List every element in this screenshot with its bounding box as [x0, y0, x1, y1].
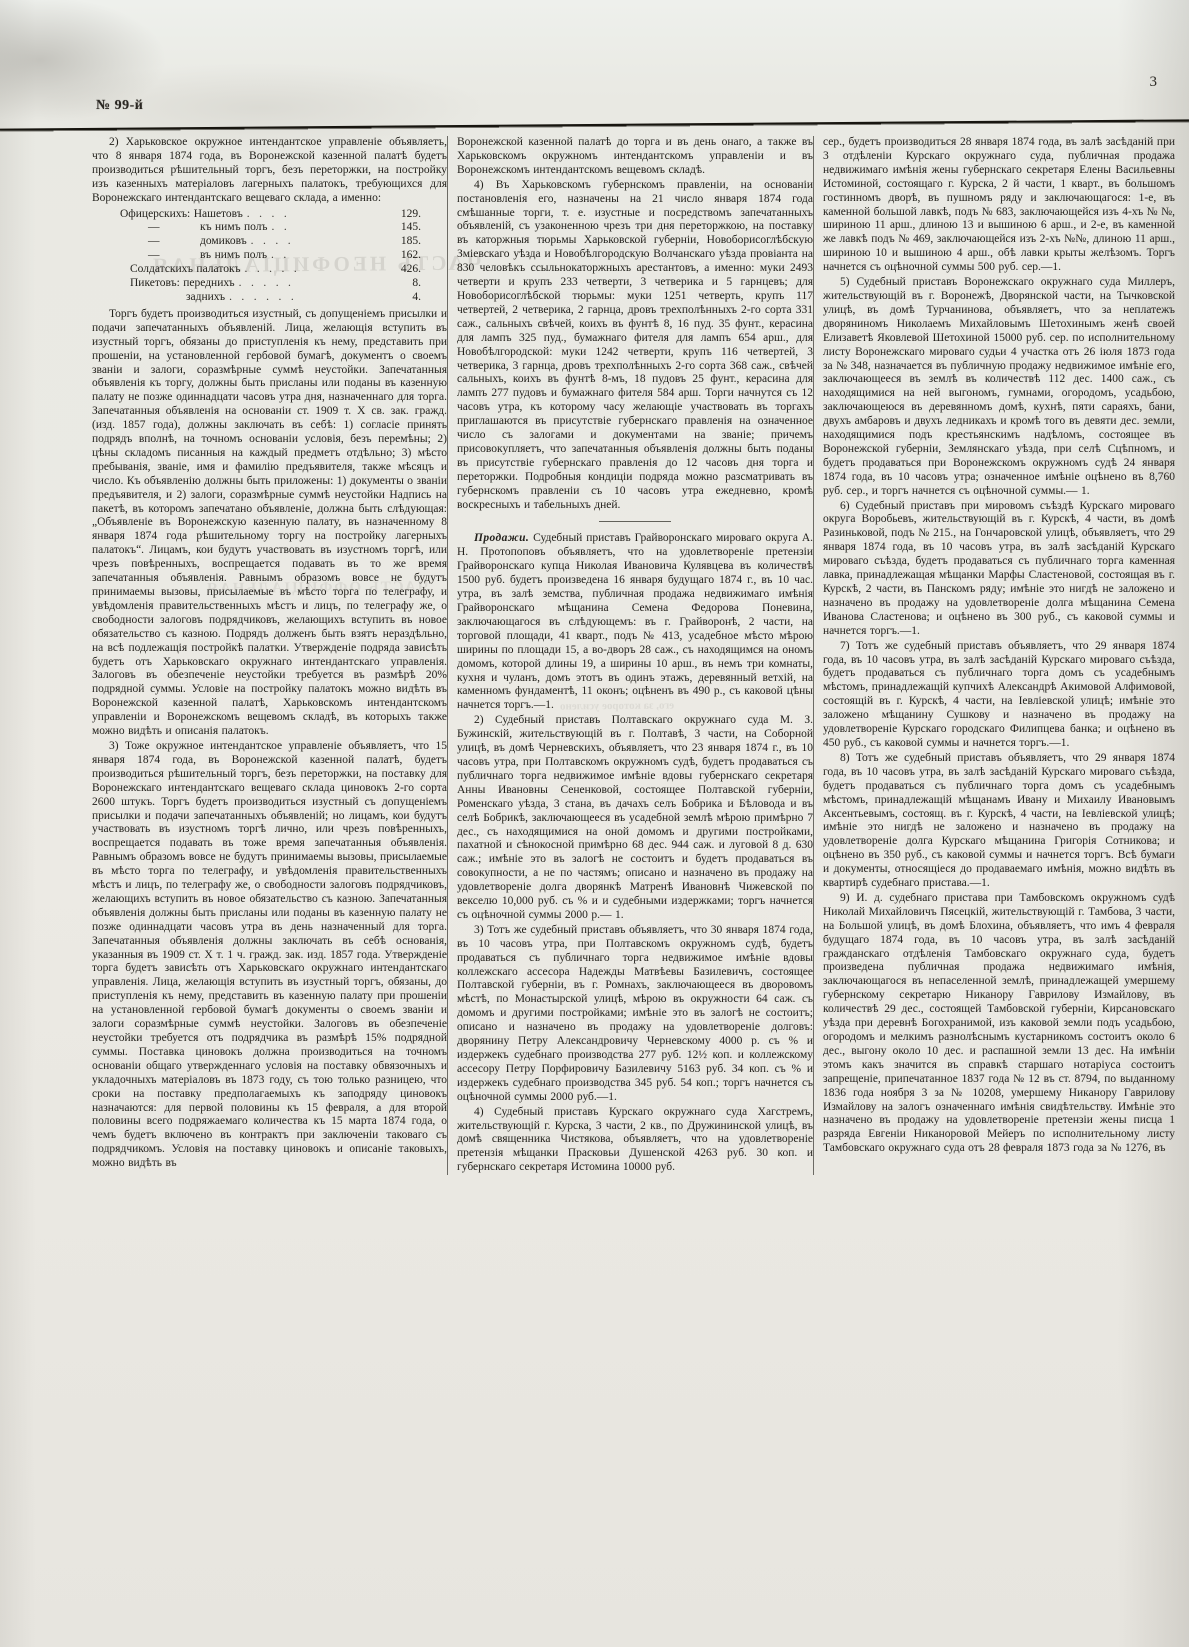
row-label: Пикетовъ: переднихъ: [130, 277, 235, 291]
columns-container: 2) Харьковское окружное интендантское уп…: [92, 136, 1189, 1175]
sales-notice-8: 8) Тотъ же судебный приставъ объявляетъ,…: [823, 752, 1175, 891]
notice-2-terms: Торгъ будетъ производиться изустный, съ …: [92, 308, 447, 739]
sales-notice-1-text: Судебный приставъ Грайворонскаго мироваг…: [457, 532, 813, 711]
sales-notice-5: 5) Судебный приставъ Воронежскаго окружн…: [823, 276, 1175, 499]
dot-leader: . . . . . .: [225, 291, 387, 305]
ditto-dash: —: [148, 249, 200, 263]
sales-notice-2: 2) Судебный приставъ Полтавскаго окружна…: [457, 714, 813, 923]
dot-leader: . . . . .: [235, 277, 387, 291]
row-label: къ нимъ полъ: [200, 221, 267, 235]
sales-notice-4: 4) Судебный приставъ Курскаго окружнаго …: [457, 1106, 813, 1176]
row-label: заднихъ: [186, 291, 225, 305]
row-value: 426.: [387, 263, 447, 277]
row-value: 162.: [387, 249, 447, 263]
row-value: 4.: [387, 291, 447, 305]
sales-notice-9: 9) И. д. судебнаго пристава при Тамбовск…: [823, 892, 1175, 1156]
notice-2-intro: 2) Харьковское окружное интендантское уп…: [92, 136, 447, 206]
table-row: — въ нимъ полъ . . 162.: [120, 249, 447, 263]
sales-section-heading: Продажи.: [474, 532, 529, 544]
dot-leader: . . . .: [247, 235, 387, 249]
notice-4: 4) Въ Харьковскомъ губернскомъ правленіи…: [457, 179, 813, 513]
table-row: Пикетовъ: переднихъ . . . . . 8.: [120, 277, 447, 291]
table-row: заднихъ . . . . . . 4.: [120, 291, 447, 305]
sales-notice-6: 6) Судебный приставъ при мировомъ съѣздѣ…: [823, 500, 1175, 639]
notice-3-continuation: Воронежской казенной палатѣ до торга и в…: [457, 136, 813, 178]
header-rule: [0, 119, 1189, 132]
row-label: Офицерскихъ: Нашетовъ: [120, 208, 243, 222]
table-row: — къ нимъ полъ . . 145.: [120, 221, 447, 235]
sales-notice-1: Продажи. Судебный приставъ Грайворонскаг…: [457, 532, 813, 713]
row-label: домиковъ: [200, 235, 247, 249]
dot-leader: . .: [267, 249, 387, 263]
page-number: 3: [1150, 74, 1158, 91]
column-2: Воронежской казенной палатѣ до торга и в…: [447, 136, 813, 1175]
sales-notice-7: 7) Тотъ же судебный приставъ объявляетъ,…: [823, 640, 1175, 751]
row-label: Солдатскихъ палатокъ: [130, 263, 240, 277]
column-1: 2) Харьковское окружное интендантское уп…: [92, 136, 447, 1175]
row-value: 8.: [387, 277, 447, 291]
newspaper-page: № 99-й 3 ЧАСТЬ НЕОФИЦІАЛЬНАЯ ЧАСТЬ ОФФИЦ…: [0, 0, 1189, 1647]
row-value: 129.: [387, 208, 447, 222]
ditto-dash: —: [148, 221, 200, 235]
dot-leader: . .: [267, 221, 387, 235]
sales-notice-4-continuation: сер., будетъ производиться 28 января 187…: [823, 136, 1175, 275]
row-value: 185.: [387, 235, 447, 249]
dot-leader: . . . .: [243, 208, 387, 222]
ditto-dash: —: [148, 235, 200, 249]
column-3: сер., будетъ производиться 28 января 187…: [813, 136, 1175, 1175]
row-label: въ нимъ полъ: [200, 249, 267, 263]
sales-notice-3: 3) Тотъ же судебный приставъ объявляетъ,…: [457, 924, 813, 1105]
issue-number: № 99-й: [96, 98, 143, 114]
table-row: Солдатскихъ палатокъ . . . . . 426.: [120, 263, 447, 277]
table-row: Офицерскихъ: Нашетовъ . . . . 129.: [120, 208, 447, 222]
tent-count-table: Офицерскихъ: Нашетовъ . . . . 129. — къ …: [120, 208, 447, 305]
row-value: 145.: [387, 221, 447, 235]
dot-leader: . . . . .: [240, 263, 387, 277]
notice-3: 3) Тоже окружное интендантское управлені…: [92, 740, 447, 1171]
section-divider: [599, 521, 671, 522]
table-row: — домиковъ . . . . 185.: [120, 235, 447, 249]
